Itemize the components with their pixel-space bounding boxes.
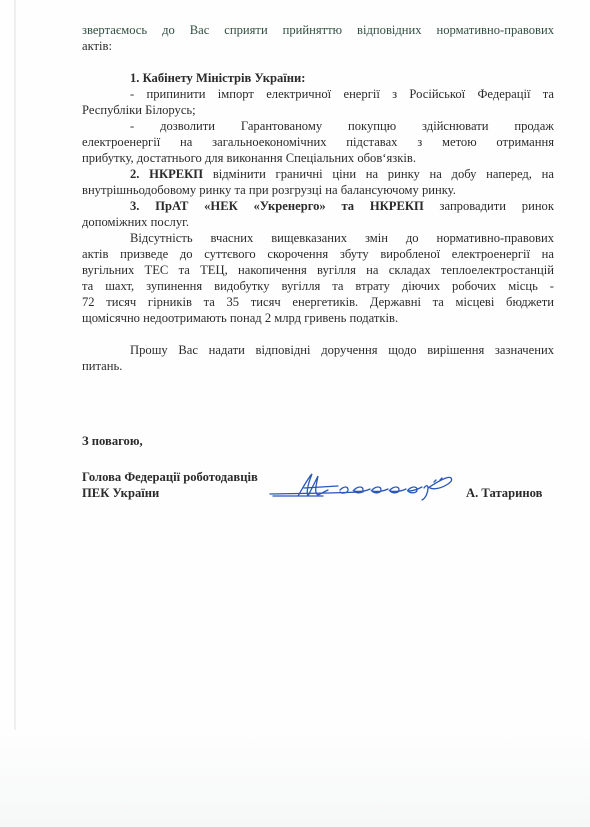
consequences-line-4: та шахт, зупинення видобутку вугілля та … <box>82 278 554 294</box>
intro-line-1: звертаємось до Вас сприяти прийняттю від… <box>82 22 554 38</box>
item-3-line-2: допоміжних послуг. <box>82 214 554 230</box>
consequences-line-2: актів призведе до суттєвого скорочення з… <box>82 246 554 262</box>
item-3-line-1: 3. ПрАТ «НЕК «Укренерго» та НКРЕКП запро… <box>82 198 554 214</box>
scan-shading <box>0 730 590 827</box>
item-2-line-1: 2. НКРЕКП відмінити граничні ціни на рин… <box>82 166 554 182</box>
item-1-bullet-2-line-1: - дозволити Гарантованому покупцю здійсн… <box>82 118 554 134</box>
handwritten-signature-icon <box>268 466 468 502</box>
item-1-bullet-1-line-2: Республіки Білорусь; <box>82 102 554 118</box>
document-page: звертаємось до Вас сприяти прийняттю від… <box>0 0 590 827</box>
item-1-bullet-2-line-3: прибутку, достатнього для виконання Спец… <box>82 150 554 166</box>
item-1-cabinet: 1. Кабінету Міністрів України: - припини… <box>82 70 554 166</box>
item-1-bullet-1-line-1: - припинити імпорт електричної енергії з… <box>82 86 554 102</box>
intro-line-2: актів: <box>82 38 554 54</box>
item-2-subject: НКРЕКП <box>149 167 203 181</box>
consequences-paragraph: Відсутність вчасних вищевказаних змін до… <box>82 230 554 326</box>
closing-salutation: З повагою, <box>82 433 562 449</box>
consequences-line-1: Відсутність вчасних вищевказаних змін до… <box>82 230 554 246</box>
consequences-line-6: щомісячно недоотримають понад 2 млрд гри… <box>82 310 554 326</box>
item-1-heading: 1. Кабінету Міністрів України: <box>82 70 554 86</box>
signer-name: А. Татаринов <box>466 486 542 501</box>
item-2-number: 2. <box>130 167 139 181</box>
item-1-bullet-2-line-2: електроенергії на загальноекономічних пі… <box>82 134 554 150</box>
item-3-text-1: запровадити ринок <box>440 199 554 213</box>
item-3-subject: ПрАТ «НЕК «Укренерго» та НКРЕКП <box>155 199 424 213</box>
consequences-line-5: 72 тисяч гірників та 35 тисяч енергетикі… <box>82 294 554 310</box>
consequences-line-3: вугільних ТЕС та ТЕЦ, накопичення вугілл… <box>82 262 554 278</box>
scan-edge-line <box>14 0 16 827</box>
item-3-ukrenergo: 3. ПрАТ «НЕК «Укренерго» та НКРЕКП запро… <box>82 198 554 230</box>
request-line-1: Прошу Вас надати відповідні доручення що… <box>82 342 554 358</box>
item-2-text-1: відмінити граничні ціни на ринку на добу… <box>213 167 554 181</box>
request-line-2: питань. <box>82 358 554 374</box>
item-2-nkrekp: 2. НКРЕКП відмінити граничні ціни на рин… <box>82 166 554 198</box>
intro-paragraph: звертаємось до Вас сприяти прийняттю від… <box>82 22 554 54</box>
item-2-line-2: внутрішньодобовому ринку та при розгрузц… <box>82 182 554 198</box>
request-paragraph: Прошу Вас надати відповідні доручення що… <box>82 342 554 374</box>
item-3-number: 3. <box>130 199 139 213</box>
